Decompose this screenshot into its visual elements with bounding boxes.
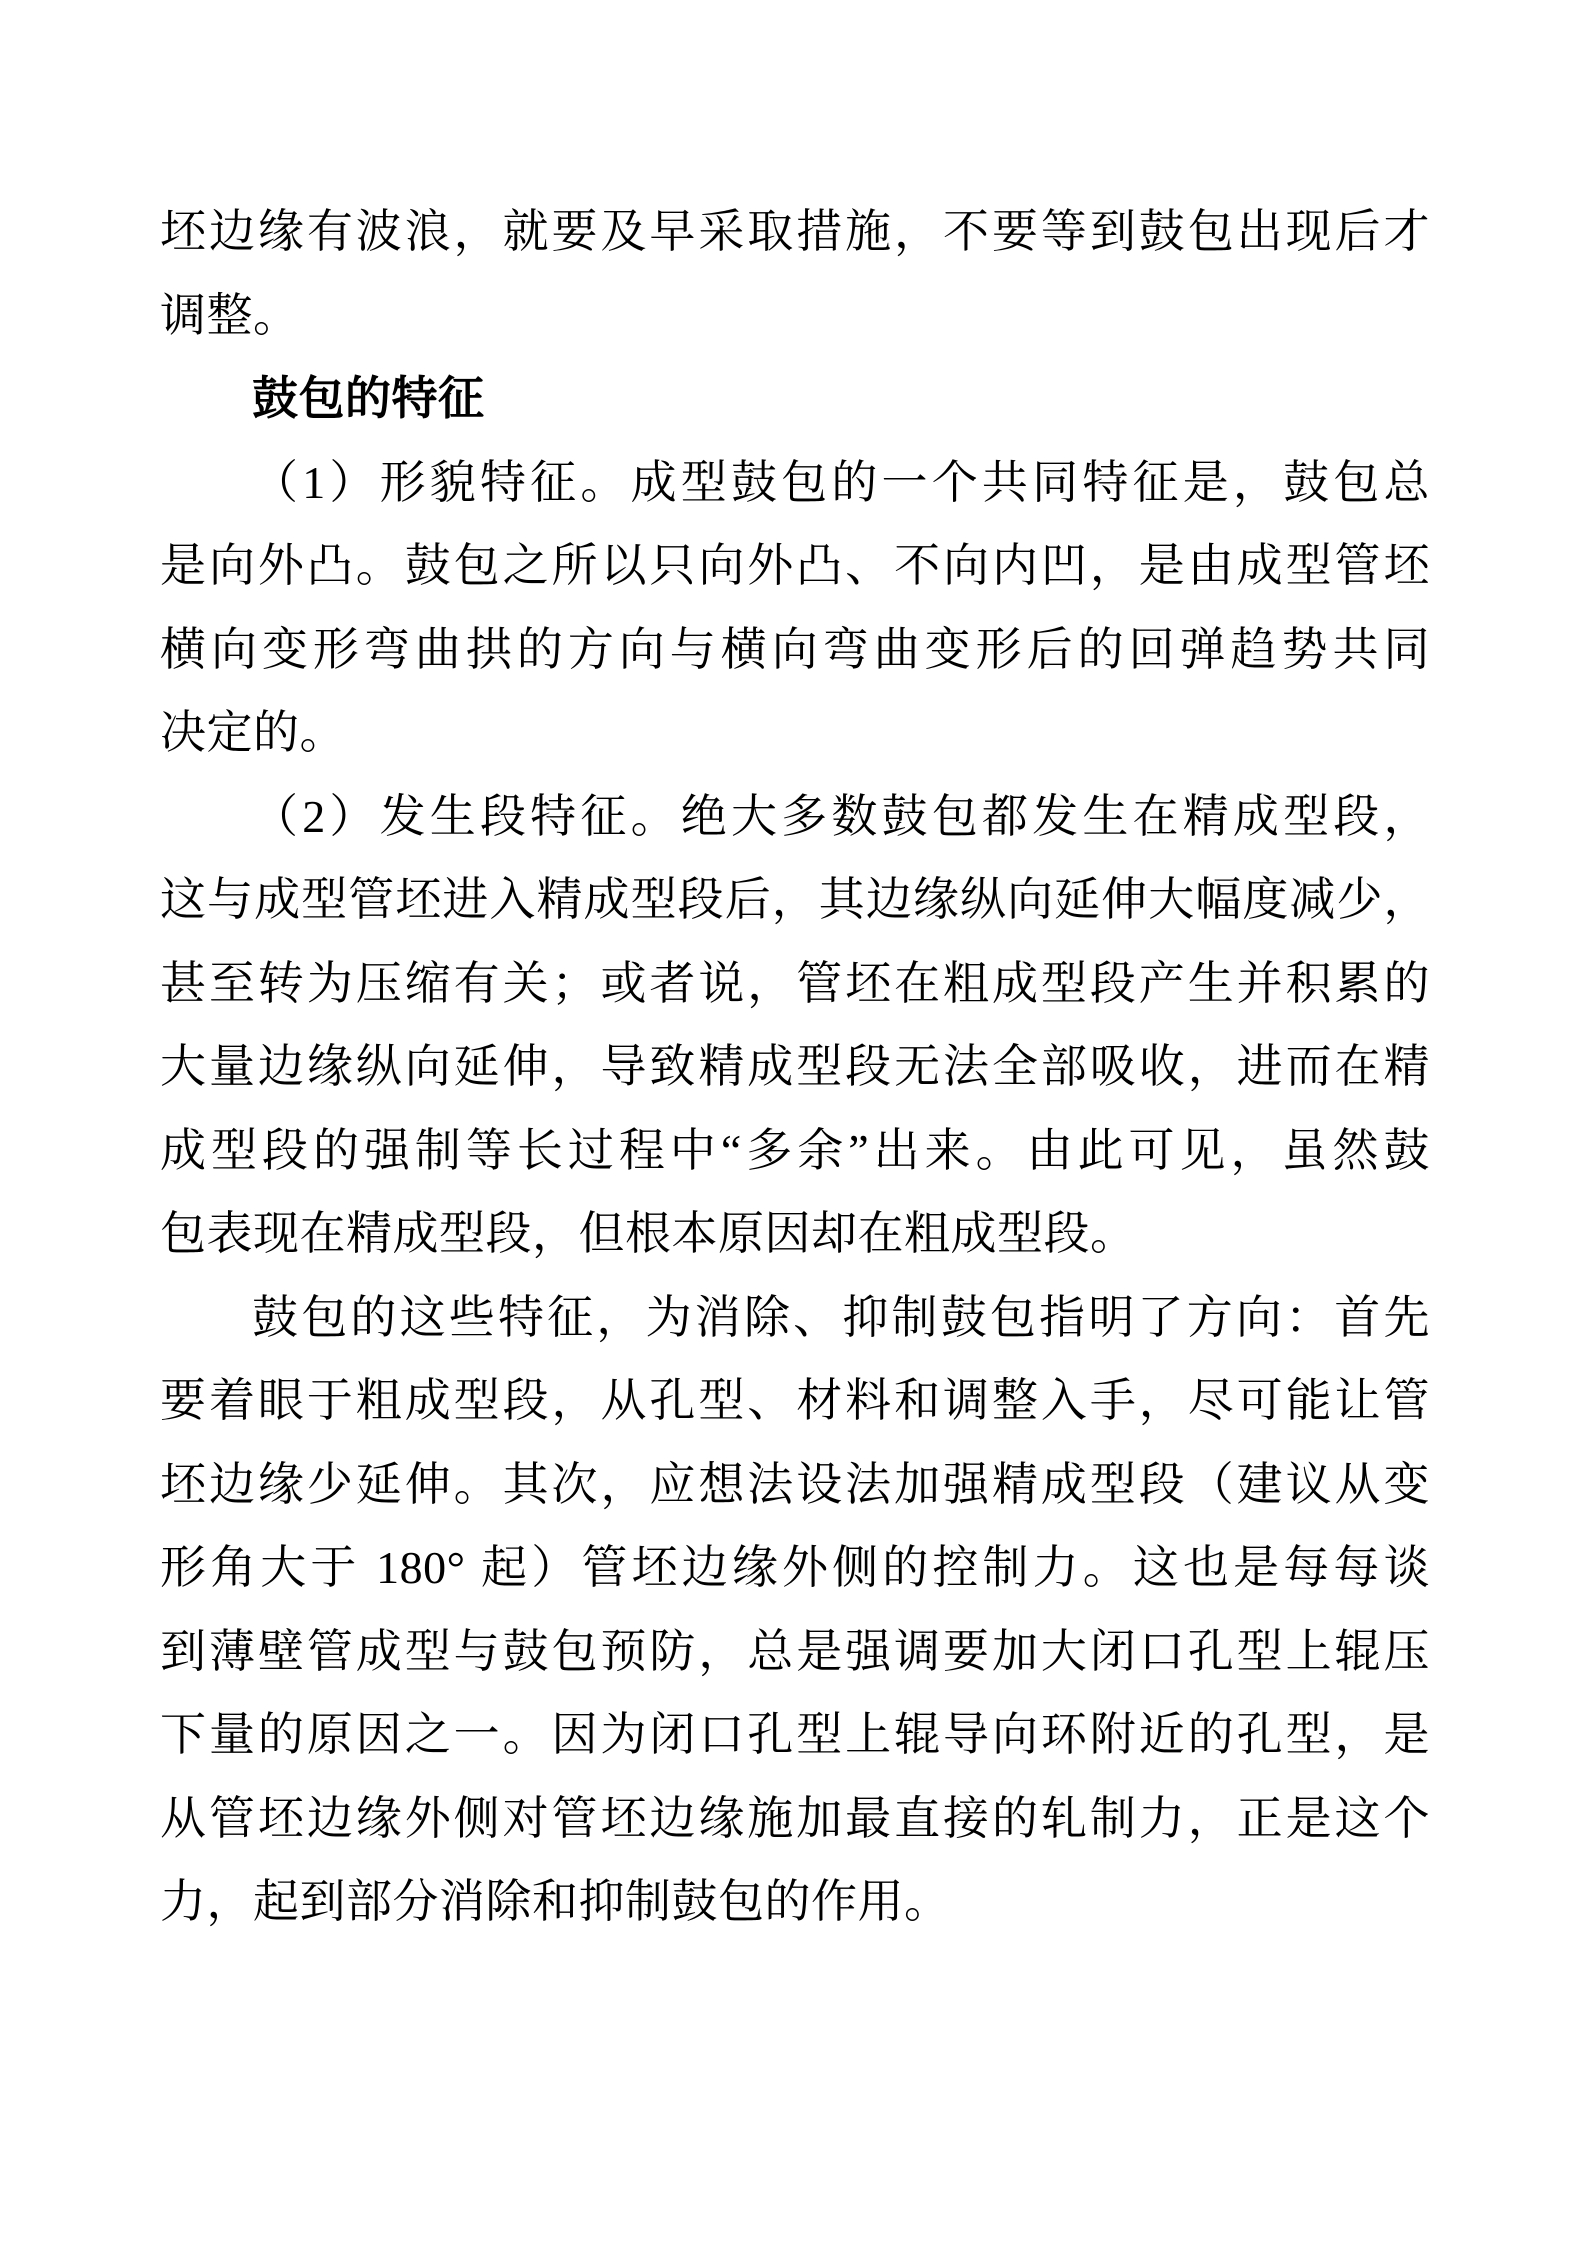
document-page: 坯边缘有波浪，就要及早采取措施，不要等到鼓包出现后才调整。鼓包的特征（1）形貌特… xyxy=(0,0,1587,2245)
text-line: 坯边缘少延伸。其次，应想法设法加强精成型段（建议从变 xyxy=(160,1443,1430,1527)
text-line: （2）发生段特征。绝大多数鼓包都发生在精成型段， xyxy=(160,775,1430,859)
text-line: 横向变形弯曲拱的方向与横向弯曲变形后的回弹趋势共同 xyxy=(160,608,1430,692)
text-line: 包表现在精成型段，但根本原因却在粗成型段。 xyxy=(160,1192,1430,1276)
text-line: 要着眼于粗成型段，从孔型、材料和调整入手，尽可能让管 xyxy=(160,1359,1430,1443)
text-line: 坯边缘有波浪，就要及早采取措施，不要等到鼓包出现后才 xyxy=(160,190,1430,274)
text-line: 是向外凸。鼓包之所以只向外凸、不向内凹，是由成型管坯 xyxy=(160,524,1430,608)
text-block: 坯边缘有波浪，就要及早采取措施，不要等到鼓包出现后才调整。鼓包的特征（1）形貌特… xyxy=(160,190,1430,1944)
text-line: 甚至转为压缩有关；或者说，管坯在粗成型段产生并积累的 xyxy=(160,942,1430,1026)
text-line: 从管坯边缘外侧对管坯边缘施加最直接的轧制力，正是这个 xyxy=(160,1777,1430,1861)
section-heading: 鼓包的特征 xyxy=(160,357,1430,441)
text-line: 大量边缘纵向延伸，导致精成型段无法全部吸收，进而在精 xyxy=(160,1025,1430,1109)
text-line: 下量的原因之一。因为闭口孔型上辊导向环附近的孔型，是 xyxy=(160,1693,1430,1777)
text-line: 决定的。 xyxy=(160,691,1430,775)
text-line: 成型段的强制等长过程中“多余”出来。由此可见，虽然鼓 xyxy=(160,1109,1430,1193)
text-line: （1）形貌特征。成型鼓包的一个共同特征是，鼓包总 xyxy=(160,441,1430,525)
text-line: 鼓包的这些特征，为消除、抑制鼓包指明了方向：首先 xyxy=(160,1276,1430,1360)
text-line: 调整。 xyxy=(160,274,1430,358)
text-line: 形角大于 180° 起）管坯边缘外侧的控制力。这也是每每谈 xyxy=(160,1526,1430,1610)
text-line: 到薄壁管成型与鼓包预防，总是强调要加大闭口孔型上辊压 xyxy=(160,1610,1430,1694)
text-line: 力，起到部分消除和抑制鼓包的作用。 xyxy=(160,1860,1430,1944)
text-line: 这与成型管坯进入精成型段后，其边缘纵向延伸大幅度减少， xyxy=(160,858,1430,942)
